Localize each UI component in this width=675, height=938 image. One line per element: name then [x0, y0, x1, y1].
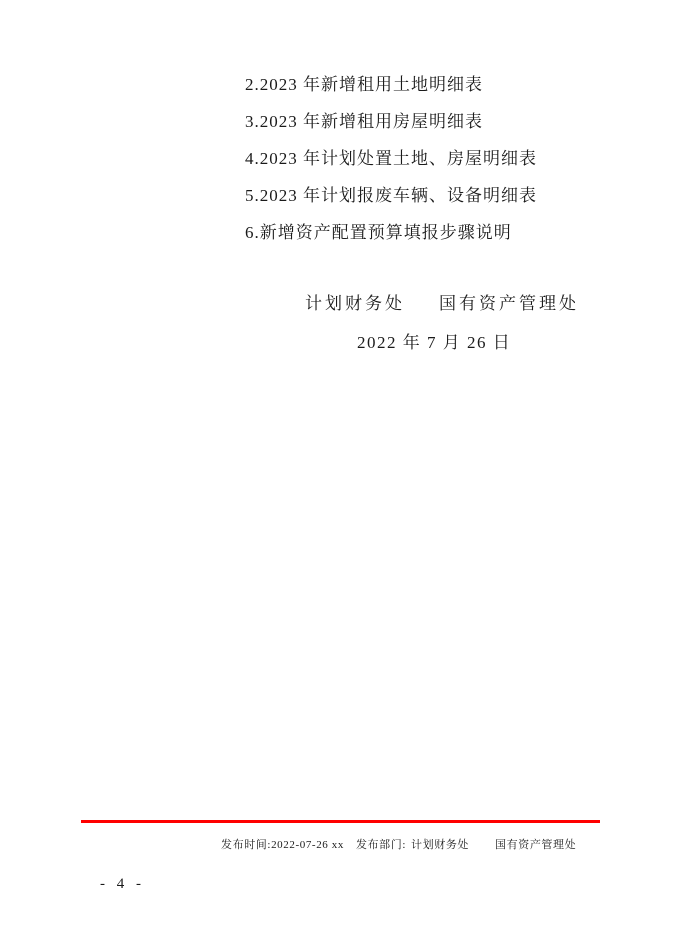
page-number: - 4 - — [100, 876, 145, 893]
footer-meta: 发布时间:2022-07-26 xx发布部门:计划财务处国有资产管理处 — [221, 836, 576, 852]
signature-dept-right: 国有资产管理处 — [439, 294, 579, 313]
footer-red-rule — [81, 820, 600, 823]
publish-dept-second: 国有资产管理处 — [495, 839, 576, 851]
publish-dept-first: 计划财务处 — [411, 839, 469, 851]
signature-date: 2022 年 7 月 26 日 — [357, 328, 511, 353]
publish-time-value: 2022-07-26 xx — [271, 839, 344, 851]
attachment-item-3: 3.2023 年新增租用房屋明细表 — [245, 103, 537, 140]
attachment-item-6: 6.新增资产配置预算填报步骤说明 — [245, 214, 537, 251]
signature-departments: 计划财务处国有资产管理处 — [305, 289, 579, 314]
attachment-item-5: 5.2023 年计划报废车辆、设备明细表 — [245, 177, 537, 214]
attachment-list: 2.2023 年新增租用土地明细表 3.2023 年新增租用房屋明细表 4.20… — [245, 66, 537, 251]
publish-dept-label: 发布部门: — [356, 839, 406, 851]
attachment-item-4: 4.2023 年计划处置土地、房屋明细表 — [245, 140, 537, 177]
publish-time-label: 发布时间: — [221, 839, 271, 851]
signature-dept-left: 计划财务处 — [305, 294, 405, 313]
attachment-item-2: 2.2023 年新增租用土地明细表 — [245, 66, 537, 103]
document-page: 2.2023 年新增租用土地明细表 3.2023 年新增租用房屋明细表 4.20… — [0, 0, 675, 938]
